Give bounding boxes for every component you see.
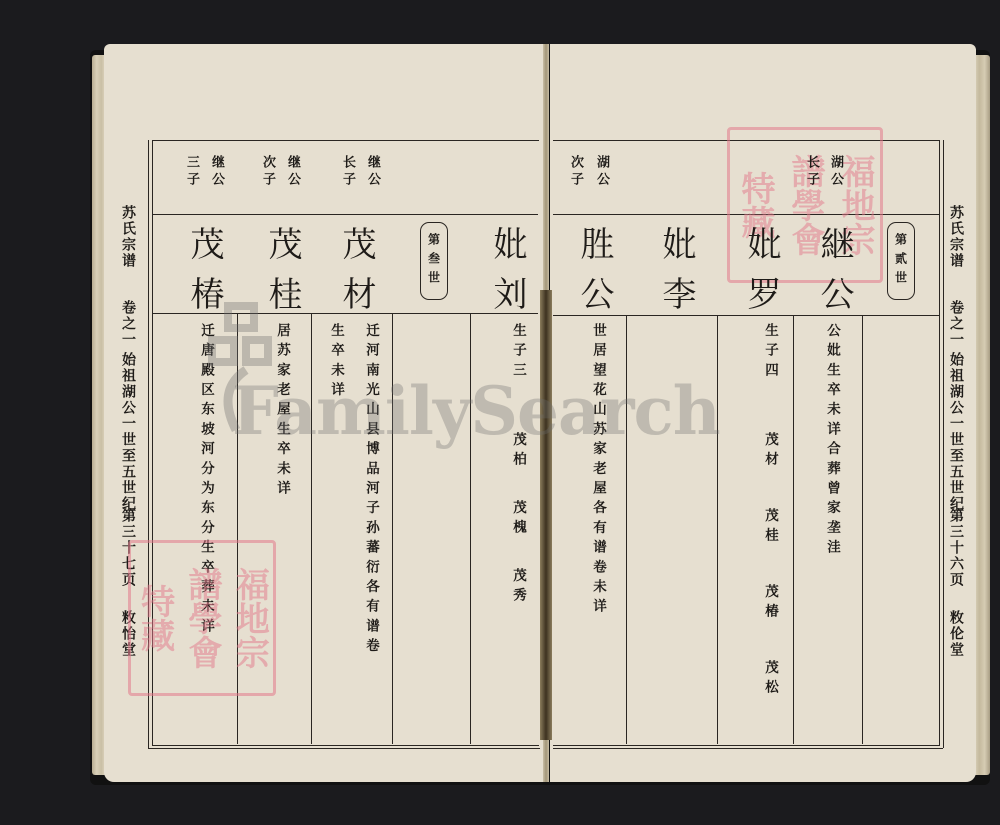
hall-name-right: 敉伦堂 [946,610,966,658]
relation-bottom: 次子 [566,155,585,189]
right-frame-outer-line [943,140,944,748]
left-frame-bottom-double [148,748,540,749]
spouse-name: 妣罗 [737,226,786,326]
generation-badge-3: 第叁世 [420,222,448,300]
book-title-left: 苏氏宗谱 [118,205,138,269]
child-name: 茂椿 [760,584,780,623]
generation-badge-2: 第贰世 [887,222,915,300]
section-left: 始祖湖公一世至五世纪 [118,352,138,512]
relation-bottom: 次子 [258,155,277,189]
familysearch-watermark: FamilySearch [232,372,720,450]
relation-bottom: 长子 [338,155,357,189]
child-name: 茂桂 [760,508,780,547]
relation-top: 湖公 [592,155,611,189]
right-col-divider [862,315,863,744]
spouse-name: 妣刘 [483,226,532,326]
right-page-edges [974,55,990,775]
spouse-name: 妣李 [652,226,701,326]
person-name: 茂材 [332,226,381,326]
book-spine-fold [540,290,552,740]
generation-label: 第贰世 [893,233,910,290]
relation-top: 继公 [363,155,382,189]
collection-seal-stamp: 特藏 譜學會 福地宗 [128,540,276,696]
child-name: 茂槐 [508,500,528,539]
right-col-divider [793,315,794,744]
person-name: 胜公 [570,226,619,326]
generation-label: 第叁世 [426,233,443,290]
right-frame-bottom-double [553,748,943,749]
record-text: 公妣生卒未详合葬曾家垄洼 [822,323,842,559]
volume-right: 卷之一 [946,300,966,348]
relation-top: 继公 [283,155,302,189]
relation-top: 湖公 [826,155,845,189]
relation-top: 继公 [207,155,226,189]
child-name: 茂松 [760,660,780,699]
left-header-divider [152,214,538,215]
stamp-text: 特藏 [131,543,178,693]
child-name: 茂材 [760,432,780,471]
volume-left: 卷之一 [118,300,138,348]
children-count: 生子四 [760,323,780,382]
relation-bottom: 长子 [802,155,821,189]
page-number-right: 第三十六页 [946,508,966,588]
stamp-text: 譜學會 [178,543,225,693]
record-text: 世居望花山苏家老屋各有谱卷未详 [588,323,608,619]
person-name: 継公 [810,226,859,326]
book-title-right: 苏氏宗谱 [946,205,966,269]
stamp-text: 福地宗 [226,543,273,693]
section-right: 始祖湖公一世至五世纪 [946,352,966,512]
relation-bottom: 三子 [182,155,201,189]
child-name: 茂秀 [508,568,528,607]
